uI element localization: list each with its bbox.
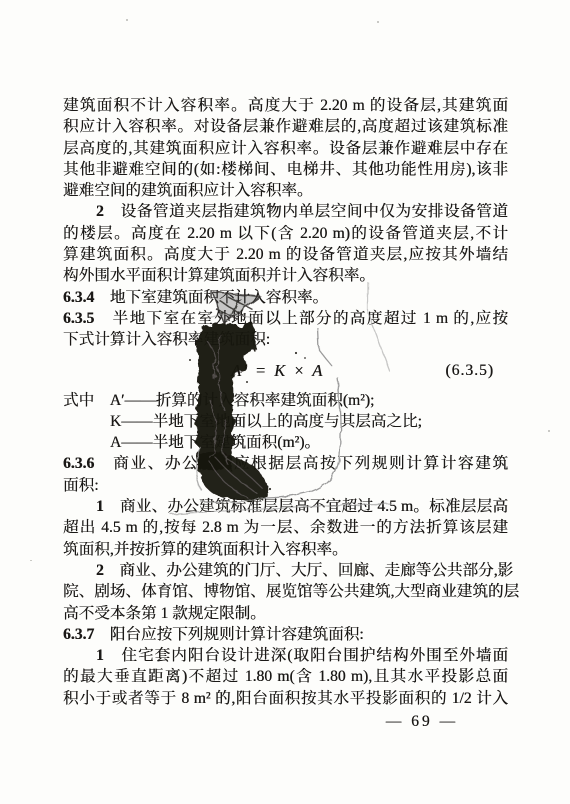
section-number: 1 [96, 498, 104, 515]
text-line: 算建筑面积。高度大于 2.20 m 的设备管道夹层,应按其外墙结 [63, 244, 508, 265]
text-line: 建筑面积不计入容积率。高度大于 2.20 m 的设备层,其建筑面 [63, 95, 508, 116]
text-line: 构外围水平面积计算建筑面积并计入容积率。 [63, 265, 508, 286]
scan-speck [126, 19, 128, 21]
text-line: 其他非避难空间的(如:楼梯间、电梯井、其他功能性用房),该非 [63, 159, 508, 180]
text-line: 式中 A′——折算的计入容积率建筑面积(m²); [63, 390, 508, 411]
text-line: 高不受本条第 1 款规定限制。 [63, 603, 508, 624]
text-line: 6.3.6 商业、办公建筑应根据层高按下列规则计算计容建筑 [63, 453, 508, 474]
scan-speck [30, 560, 32, 561]
text-line: K——半地下室地面以上的高度与其层高之比; [63, 411, 508, 432]
formula-expression: A′ = K × A [231, 361, 324, 380]
text-line: 1 住宅套内阳台设计进深(取阳台围护结构外围至外墙面 [63, 645, 508, 666]
text-line: 的最大垂直距离)不超过 1.80 m(含 1.80 m),且其水平投影总面 [63, 666, 508, 687]
text-line: 超出 4.5 m 的,按每 2.8 m 为一层、余数进一的方法折算该层建 [63, 517, 508, 538]
section-number: 6.3.4 [63, 289, 94, 306]
text-line: 下式计算计入容积率建筑面积: [63, 329, 508, 350]
section-number: 2 [96, 203, 104, 220]
text-line: 积应计入容积率。对设备层兼作避难层的,高度超过该建筑标准 [63, 116, 508, 137]
text-line: 积小于或者等于 8 m² 的,阳台面积按其水平投影面积的 1/2 计入 [63, 688, 508, 709]
text-line: 的楼层。高度在 2.20 m 以下(含 2.20 m)的设备管道夹层,不计 [63, 223, 508, 244]
text-line: A——半地下室建筑面积(m²)。 [63, 432, 508, 453]
text-line: 2 商业、办公建筑的门厅、大厅、回廊、走廊等公共部分,影 [63, 560, 508, 581]
text-line: 院、剧场、体育馆、博物馆、展览馆等公共建筑,大型商业建筑的层 [63, 581, 508, 602]
scan-speck [548, 430, 550, 432]
text-line: 6.3.7 阳台应按下列规则计算计容建筑面积: [63, 624, 508, 645]
page-number: — 69 — [63, 712, 508, 732]
scan-speck [377, 21, 379, 23]
section-number: 1 [96, 647, 104, 664]
equation-number: (6.3.5) [445, 351, 494, 390]
text-line: 层高度的,其建筑面积应计入容积率。设备层兼作避难层中存在 [63, 138, 508, 159]
text-line: 1 商业、办公建筑标准层层高不宜超过 4.5 m。标准层层高 [63, 496, 508, 517]
text-block: 建筑面积不计入容积率。高度大于 2.20 m 的设备层,其建筑面积应计入容积率。… [63, 95, 508, 732]
scanned-document-page: 建筑面积不计入容积率。高度大于 2.20 m 的设备层,其建筑面积应计入容积率。… [0, 0, 570, 804]
section-number: 6.3.7 [63, 626, 94, 643]
text-line: 2 设备管道夹层指建筑物内单层空间中仅为安排设备管道 [63, 201, 508, 222]
text-line: 面积: [63, 475, 508, 496]
text-line: 避难空间的建筑面积应计入容积率。 [63, 180, 508, 201]
section-number: 6.3.5 [63, 310, 94, 327]
formula-row: A′ = K × A(6.3.5) [63, 351, 508, 390]
text-line: 6.3.5 半地下室在室外地面以上部分的高度超过 1 m 的,应按 [63, 308, 508, 329]
section-number: 6.3.6 [63, 455, 94, 472]
text-line: 筑面积,并按折算的建筑面积计入容积率。 [63, 539, 508, 560]
section-number: 2 [96, 562, 104, 579]
text-line: 6.3.4 地下室建筑面积不计入容积率。 [63, 287, 508, 308]
